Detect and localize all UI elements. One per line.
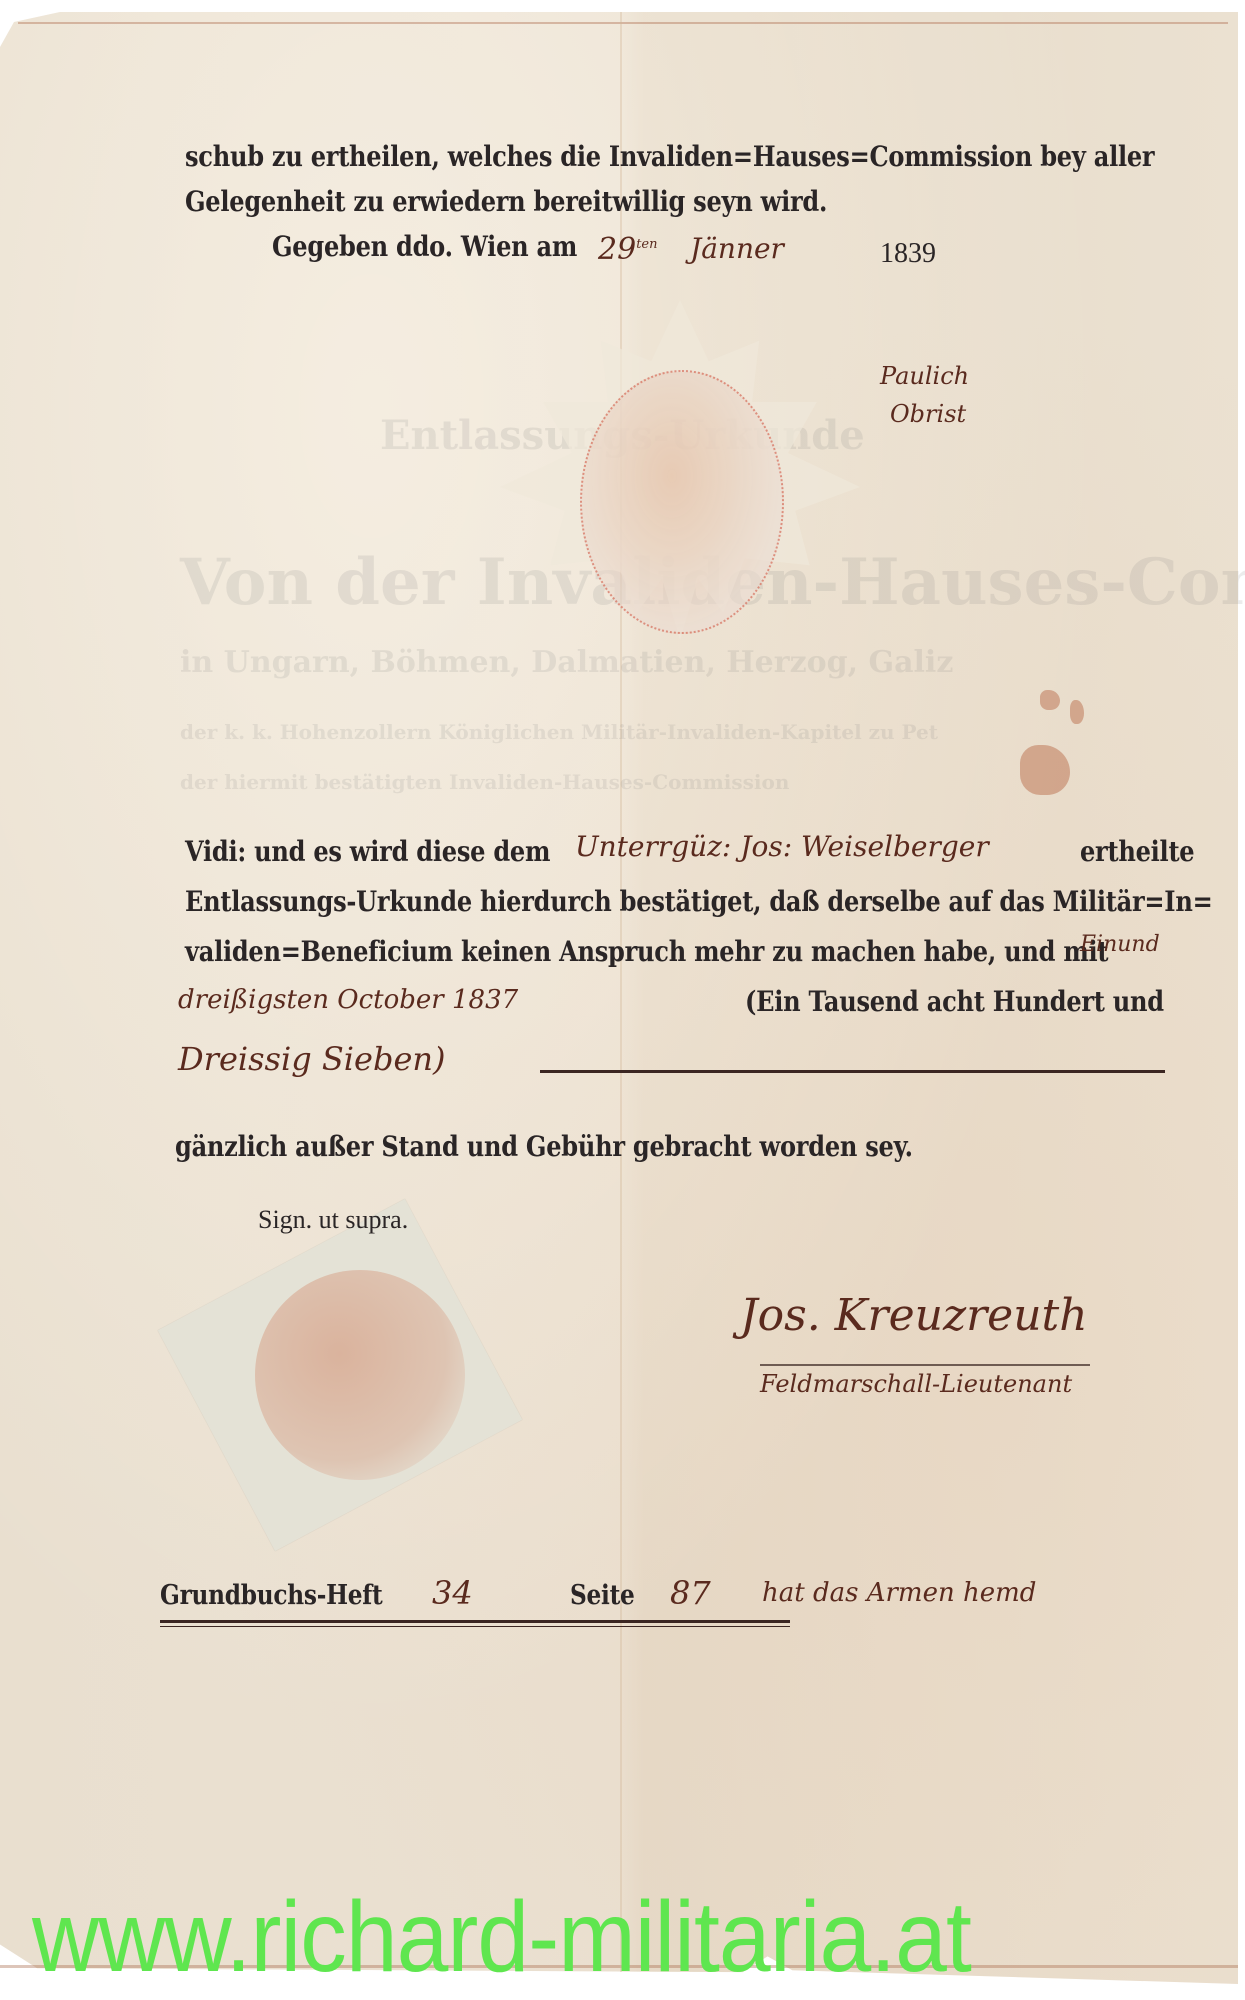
seite-value: 87 [670,1574,711,1612]
discharge-year-words: Dreissig Sieben) [178,1040,445,1078]
stain [1040,690,1060,710]
vidi-line1-suffix: ertheilte [1080,835,1194,868]
vidi-line3: validen=Beneficium keinen Anspruch mehr … [185,935,1108,968]
bleed-through-text: der hiermit bestätigten Invaliden-Hauses… [180,770,789,794]
day-value: 29 [598,232,636,267]
stain [1020,745,1070,795]
red-seal-bottom [255,1270,465,1480]
red-seal-top [580,370,784,634]
signature-bottom-line2: Feldmarschall-Lieutenant [760,1370,1072,1398]
seite-label: Seite [570,1580,635,1611]
day-suffix: ten [636,237,657,252]
paper-fold-line [620,12,622,1972]
dateline-prefix: Gegeben ddo. Wien am [272,230,577,263]
registry-note: hat das Armen hemd [762,1578,1036,1608]
dateline-year: 1839 [880,238,936,270]
signature-top-line2: Obrist [890,400,966,428]
grundbuchs-label: Grundbuchs-Heft [160,1580,382,1611]
paragraph-line: schub zu ertheilen, welches die Invalide… [185,140,1154,173]
stain [1070,700,1084,724]
registry-rule-thin [160,1626,790,1627]
vidi-line1-prefix: Vidi: und es wird diese dem [185,835,550,868]
registry-rule [160,1620,790,1623]
fill-line [540,1070,1165,1073]
grundbuchs-value: 34 [432,1574,473,1612]
discharge-date-handwritten: dreißigsten October 1837 [178,985,518,1015]
discharge-year-printed: (Ein Tausend acht Hundert und [745,985,1164,1018]
watermark: www.richard-militaria.at [32,1880,971,1995]
signature-flourish [760,1364,1090,1366]
signature-top-line1: Paulich [880,362,969,390]
sign-ut-supra: Sign. ut supra. [258,1205,408,1235]
vidi-line6: gänzlich außer Stand und Gebühr gebracht… [175,1130,913,1163]
paragraph-line: Gelegenheit zu erwiedern bereitwillig se… [185,185,827,218]
dateline-month: Jänner [690,232,784,265]
signature-bottom-line1: Jos. Kreuzreuth [740,1290,1088,1341]
soldier-name: Unterrgüz: Jos: Weiselberger [575,830,989,863]
vidi-line2: Entlassungs-Urkunde hierdurch bestätiget… [185,885,1212,918]
bleed-through-text: in Ungarn, Böhmen, Dalmatien, Herzog, Ga… [180,645,953,680]
paper-top-edge [18,22,1228,24]
bleed-through-text: der k. k. Hohenzollern Königlichen Milit… [180,720,938,744]
dateline-day: 29ten [598,232,657,267]
vidi-line3-handwritten: Einund [1080,932,1160,957]
